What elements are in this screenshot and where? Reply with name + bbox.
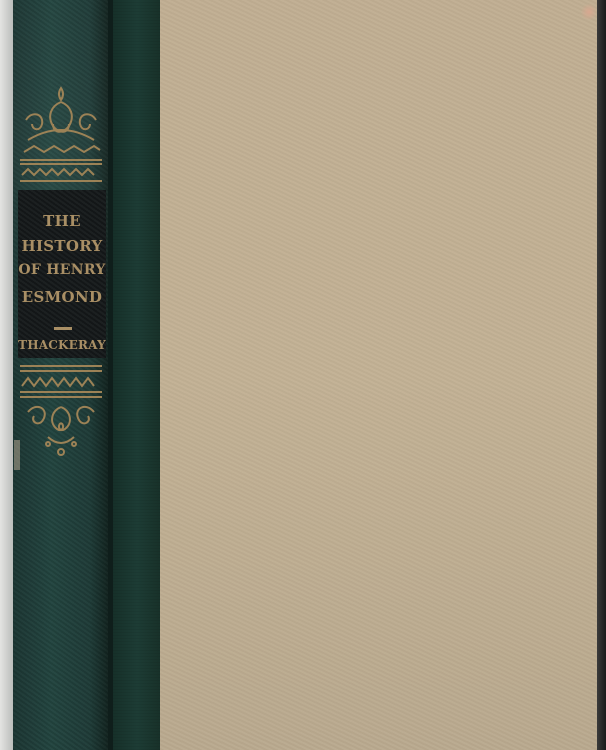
background xyxy=(0,0,14,750)
spine-bottom-ornament-icon xyxy=(18,362,104,472)
spine-wear xyxy=(14,440,20,470)
title-line-3: OF HENRY xyxy=(18,262,106,278)
corner-wear xyxy=(580,4,598,20)
title-line-4: ESMOND xyxy=(18,288,106,306)
book-photo: THE HISTORY OF HENRY ESMOND THACKERAY xyxy=(0,0,606,750)
title-line-1: THE xyxy=(18,212,106,230)
author-name: THACKERAY xyxy=(18,338,106,352)
spine-title-label: THE HISTORY OF HENRY ESMOND THACKERAY xyxy=(18,190,106,358)
spine-top-ornament-icon xyxy=(18,80,104,185)
front-cover-board xyxy=(160,0,598,750)
cover-cloth-strip xyxy=(113,0,161,750)
cover-right-edge xyxy=(597,0,606,750)
title-divider xyxy=(54,327,72,330)
title-line-2: HISTORY xyxy=(18,237,106,255)
